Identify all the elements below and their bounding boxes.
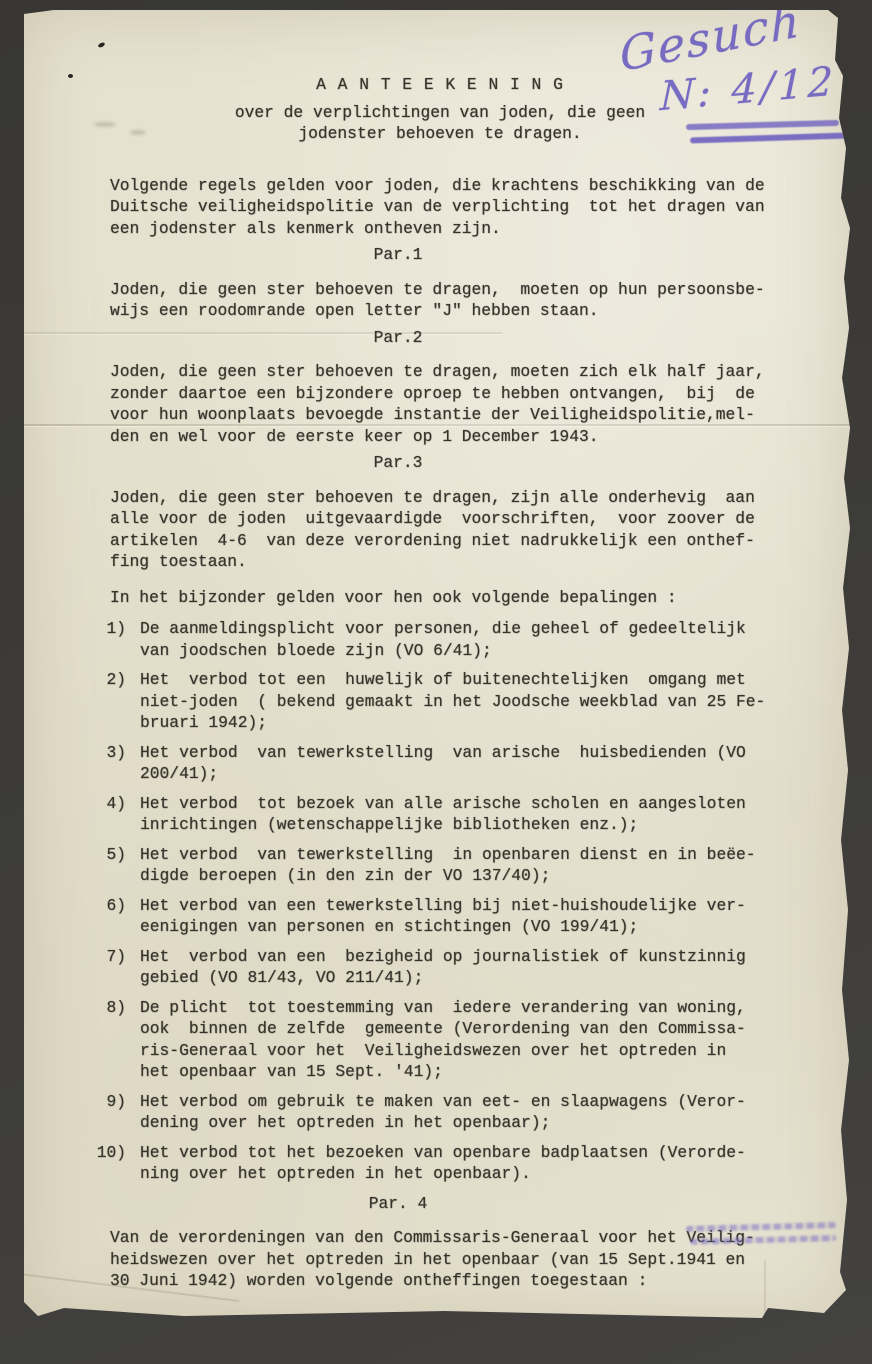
list-item: 10) Het verbod tot het bezoeken van open… [96, 1142, 770, 1185]
faint-stamp-mark [686, 1220, 837, 1250]
paragraph-par2: Joden, die geen ster behoeven te dragen,… [110, 361, 770, 447]
list-item-text: De plicht tot toestemming van iedere ver… [140, 997, 746, 1083]
list-item-text: Het verbod om gebruik te maken van eet- … [140, 1091, 746, 1134]
list-item-number: 8) [96, 997, 140, 1083]
list-item-text: De aanmeldingsplicht voor personen, die … [140, 618, 746, 661]
list-item-text: Het verbod tot bezoek van alle arische s… [140, 793, 746, 836]
heading-par2: Par.2 [68, 327, 728, 349]
list-item: 1) De aanmeldingsplicht voor personen, d… [96, 618, 770, 661]
heading-par3: Par.3 [68, 452, 728, 474]
list-item-number: 7) [96, 946, 140, 989]
list-item: 3) Het verbod van tewerkstelling van ari… [96, 742, 770, 785]
numbered-list: 1) De aanmeldingsplicht voor personen, d… [96, 618, 770, 1185]
list-item-text: Het verbod van tewerkstelling in openbar… [140, 844, 756, 887]
list-item-text: Het verbod van tewerkstelling van arisch… [140, 742, 746, 785]
list-intro: In het bijzonder gelden voor hen ook vol… [110, 587, 770, 609]
list-item-text: Het verbod van een bezigheid op journali… [140, 946, 746, 989]
list-item: 4) Het verbod tot bezoek van alle arisch… [96, 793, 770, 836]
list-item-number: 5) [96, 844, 140, 887]
document-page: A A N T E E K E N I N G over de verplich… [24, 10, 850, 1322]
intro-paragraph: Volgende regels gelden voor joden, die k… [110, 175, 770, 240]
list-item-number: 2) [96, 669, 140, 734]
list-item-number: 1) [96, 618, 140, 661]
list-item-number: 4) [96, 793, 140, 836]
scan-background: A A N T E E K E N I N G over de verplich… [0, 0, 872, 1364]
heading-par4: Par. 4 [68, 1193, 728, 1215]
list-item-text: Het verbod van een tewerkstelling bij ni… [140, 895, 746, 938]
paragraph-par1: Joden, die geen ster behoeven te dragen,… [110, 279, 770, 322]
heading-par1: Par.1 [68, 244, 728, 266]
list-item: 8) De plicht tot toestemming van iedere … [96, 997, 770, 1083]
list-item-number: 9) [96, 1091, 140, 1134]
list-item: 9) Het verbod om gebruik te maken van ee… [96, 1091, 770, 1134]
paragraph-par4: Van de verordeningen van den Commissaris… [110, 1227, 770, 1292]
list-item-text: Het verbod tot een huwelijk of buitenech… [140, 669, 765, 734]
typewritten-text: A A N T E E K E N I N G over de verplich… [24, 10, 850, 1292]
list-item-number: 6) [96, 895, 140, 938]
list-item: 6) Het verbod van een tewerkstelling bij… [96, 895, 770, 938]
list-item: 7) Het verbod van een bezigheid op journ… [96, 946, 770, 989]
list-item: 2) Het verbod tot een huwelijk of buiten… [96, 669, 770, 734]
paragraph-par3: Joden, die geen ster behoeven te dragen,… [110, 487, 770, 573]
list-item-number: 10) [96, 1142, 140, 1185]
list-item-number: 3) [96, 742, 140, 785]
list-item-text: Het verbod tot het bezoeken van openbare… [140, 1142, 746, 1185]
list-item: 5) Het verbod van tewerkstelling in open… [96, 844, 770, 887]
